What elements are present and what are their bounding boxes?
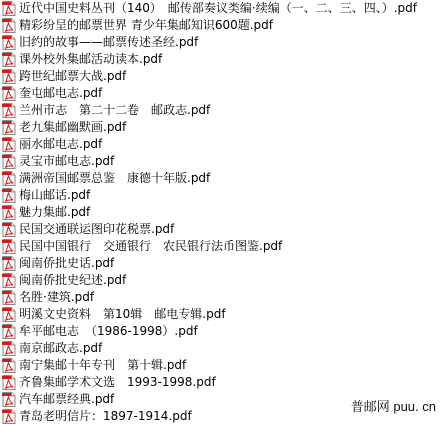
pdf-file-icon (2, 137, 16, 152)
file-item[interactable]: 兰州市志 第二十二卷 邮政志.pdf (0, 102, 444, 119)
pdf-file-icon (2, 18, 16, 33)
file-name: 课外校外集邮活动读本.pdf (19, 51, 162, 68)
file-item[interactable]: 奎屯邮电志.pdf (0, 85, 444, 102)
file-name: 兰州市志 第二十二卷 邮政志.pdf (19, 102, 210, 119)
file-item[interactable]: 南宁集邮十年专刊 第十辑.pdf (0, 357, 444, 374)
file-item[interactable]: 牟平邮电志 （1986-1998）.pdf (0, 323, 444, 340)
file-name: 精彩纷呈的邮票世界 青少年集邮知识600题.pdf (19, 17, 273, 34)
file-item[interactable]: 明溪文史资料 第10辑 邮电专辑.pdf (0, 306, 444, 323)
pdf-file-icon (2, 409, 16, 424)
pdf-file-icon (2, 239, 16, 254)
pdf-file-icon (2, 341, 16, 356)
file-name: 闽南侨批史纪述.pdf (19, 272, 126, 289)
file-name: 满洲帝国邮票总鉴 康德十年版.pdf (19, 170, 210, 187)
file-name: 青岛老明信片：1897-1914.pdf (19, 408, 192, 425)
file-item[interactable]: 近代中国史料丛刊（140） 邮传部奏议类编·续编（一、二、三、四、）.pdf (0, 0, 444, 17)
file-name: 汽车邮票经典.pdf (19, 391, 114, 408)
pdf-file-icon (2, 358, 16, 373)
file-name: 奎屯邮电志.pdf (19, 85, 102, 102)
file-name: 民国中国银行 交通银行 农民银行法币图鉴.pdf (19, 238, 282, 255)
file-name: 民国交通联运图印花税票.pdf (19, 221, 174, 238)
file-item[interactable]: 闽南侨批史话.pdf (0, 255, 444, 272)
watermark: 普邮网 puu. cn (351, 396, 436, 415)
pdf-file-icon (2, 256, 16, 271)
file-item[interactable]: 满洲帝国邮票总鉴 康德十年版.pdf (0, 170, 444, 187)
file-item[interactable]: 灵宝市邮电志.pdf (0, 153, 444, 170)
file-item[interactable]: 精彩纷呈的邮票世界 青少年集邮知识600题.pdf (0, 17, 444, 34)
file-item[interactable]: 跨世纪邮票大战.pdf (0, 68, 444, 85)
file-name: 灵宝市邮电志.pdf (19, 153, 114, 170)
pdf-file-icon (2, 120, 16, 135)
file-name: 老九集邮幽默画.pdf (19, 119, 126, 136)
pdf-file-icon (2, 188, 16, 203)
file-item[interactable]: 魅力集邮.pdf (0, 204, 444, 221)
pdf-file-icon (2, 171, 16, 186)
file-name: 南京邮政志.pdf (19, 340, 102, 357)
pdf-file-icon (2, 103, 16, 118)
file-name: 跨世纪邮票大战.pdf (19, 68, 126, 85)
file-name: 闽南侨批史话.pdf (19, 255, 114, 272)
pdf-file-icon (2, 307, 16, 322)
file-item[interactable]: 丽水邮电志.pdf (0, 136, 444, 153)
file-name: 旧约的故事——邮票传述圣经.pdf (19, 34, 198, 51)
file-item[interactable]: 闽南侨批史纪述.pdf (0, 272, 444, 289)
file-name: 梅山邮话.pdf (19, 187, 90, 204)
file-name: 明溪文史资料 第10辑 邮电专辑.pdf (19, 306, 226, 323)
file-item[interactable]: 民国交通联运图印花税票.pdf (0, 221, 444, 238)
file-item[interactable]: 名胜·建筑.pdf (0, 289, 444, 306)
file-item[interactable]: 老九集邮幽默画.pdf (0, 119, 444, 136)
file-item[interactable]: 齐鲁集邮学术文选 1993-1998.pdf (0, 374, 444, 391)
pdf-file-icon (2, 375, 16, 390)
file-item[interactable]: 课外校外集邮活动读本.pdf (0, 51, 444, 68)
file-item[interactable]: 南京邮政志.pdf (0, 340, 444, 357)
pdf-file-icon (2, 69, 16, 84)
file-list: 近代中国史料丛刊（140） 邮传部奏议类编·续编（一、二、三、四、）.pdf 精… (0, 0, 444, 425)
file-name: 牟平邮电志 （1986-1998）.pdf (19, 323, 198, 340)
file-item[interactable]: 旧约的故事——邮票传述圣经.pdf (0, 34, 444, 51)
pdf-file-icon (2, 52, 16, 67)
pdf-file-icon (2, 205, 16, 220)
pdf-file-icon (2, 86, 16, 101)
pdf-file-icon (2, 35, 16, 50)
pdf-file-icon (2, 290, 16, 305)
file-name: 魅力集邮.pdf (19, 204, 90, 221)
pdf-file-icon (2, 392, 16, 407)
file-item[interactable]: 民国中国银行 交通银行 农民银行法币图鉴.pdf (0, 238, 444, 255)
pdf-file-icon (2, 222, 16, 237)
file-name: 南宁集邮十年专刊 第十辑.pdf (19, 357, 186, 374)
pdf-file-icon (2, 154, 16, 169)
file-name: 齐鲁集邮学术文选 1993-1998.pdf (19, 374, 216, 391)
pdf-file-icon (2, 1, 16, 16)
pdf-file-icon (2, 324, 16, 339)
file-name: 丽水邮电志.pdf (19, 136, 102, 153)
file-item[interactable]: 梅山邮话.pdf (0, 187, 444, 204)
file-name: 近代中国史料丛刊（140） 邮传部奏议类编·续编（一、二、三、四、）.pdf (19, 0, 417, 17)
pdf-file-icon (2, 273, 16, 288)
file-name: 名胜·建筑.pdf (19, 289, 94, 306)
